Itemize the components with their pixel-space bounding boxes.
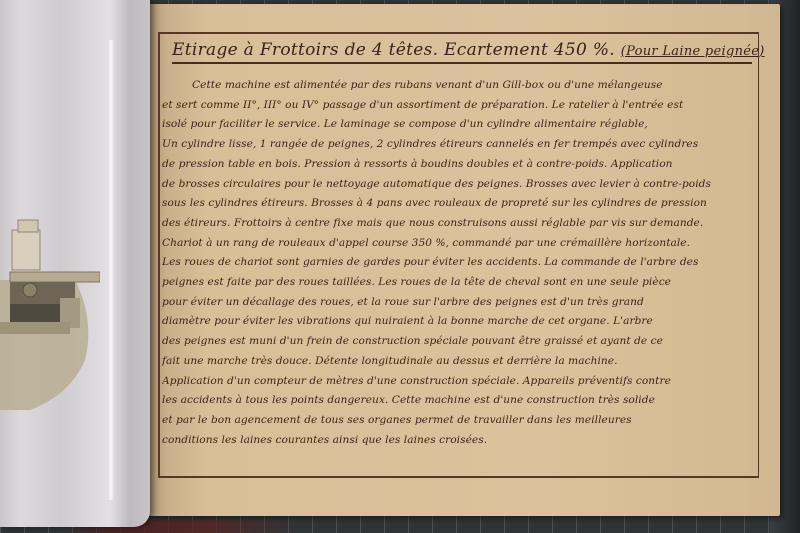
title-subtitle: (Pour Laine peignée) xyxy=(621,44,765,59)
document-page: Etirage à Frottoirs de 4 têtes. Ecarteme… xyxy=(146,4,780,516)
text-line: isolé pour faciliter le service. Le lami… xyxy=(162,115,754,135)
text-line: conditions les laines courantes ainsi qu… xyxy=(162,431,754,451)
title-main: Etirage à Frottoirs de 4 têtes. Ecarteme… xyxy=(172,40,615,60)
text-line: et sert comme II°, III° ou IV° passage d… xyxy=(162,96,754,116)
page-border-frame: Etirage à Frottoirs de 4 têtes. Ecarteme… xyxy=(158,32,759,478)
text-line: Cette machine est alimentée par des ruba… xyxy=(162,76,754,96)
text-line: Chariot à un rang de rouleaux d'appel co… xyxy=(162,234,754,254)
text-line: et par le bon agencement de tous ses org… xyxy=(162,411,754,431)
machine-photograph xyxy=(0,210,100,410)
text-line: fait une marche très douce. Détente long… xyxy=(162,352,754,372)
text-line: de pression table en bois. Pression à re… xyxy=(162,155,754,175)
text-line: des étireurs. Frottoirs à centre fixe ma… xyxy=(162,214,754,234)
handwritten-description: Cette machine est alimentée par des ruba… xyxy=(162,76,754,450)
text-line: sous les cylindres étireurs. Brosses à 4… xyxy=(162,194,754,214)
page-title: Etirage à Frottoirs de 4 têtes. Ecarteme… xyxy=(172,40,752,64)
text-line: des peignes est muni d'un frein de const… xyxy=(162,332,754,352)
text-line: diamètre pour éviter les vibrations qui … xyxy=(162,312,754,332)
photo-page xyxy=(0,0,150,527)
glossy-reflection xyxy=(108,40,114,500)
text-line: les accidents à tous les points dangereu… xyxy=(162,391,754,411)
text-line: pour éviter un décallage des roues, et l… xyxy=(162,293,754,313)
text-line: Les roues de chariot sont garnies de gar… xyxy=(162,253,754,273)
text-line: Un cylindre lisse, 1 rangée de peignes, … xyxy=(162,135,754,155)
text-line: de brosses circulaires pour le nettoyage… xyxy=(162,175,754,195)
text-line: Application d'un compteur de mètres d'un… xyxy=(162,372,754,392)
text-line: peignes est faite par des roues taillées… xyxy=(162,273,754,293)
